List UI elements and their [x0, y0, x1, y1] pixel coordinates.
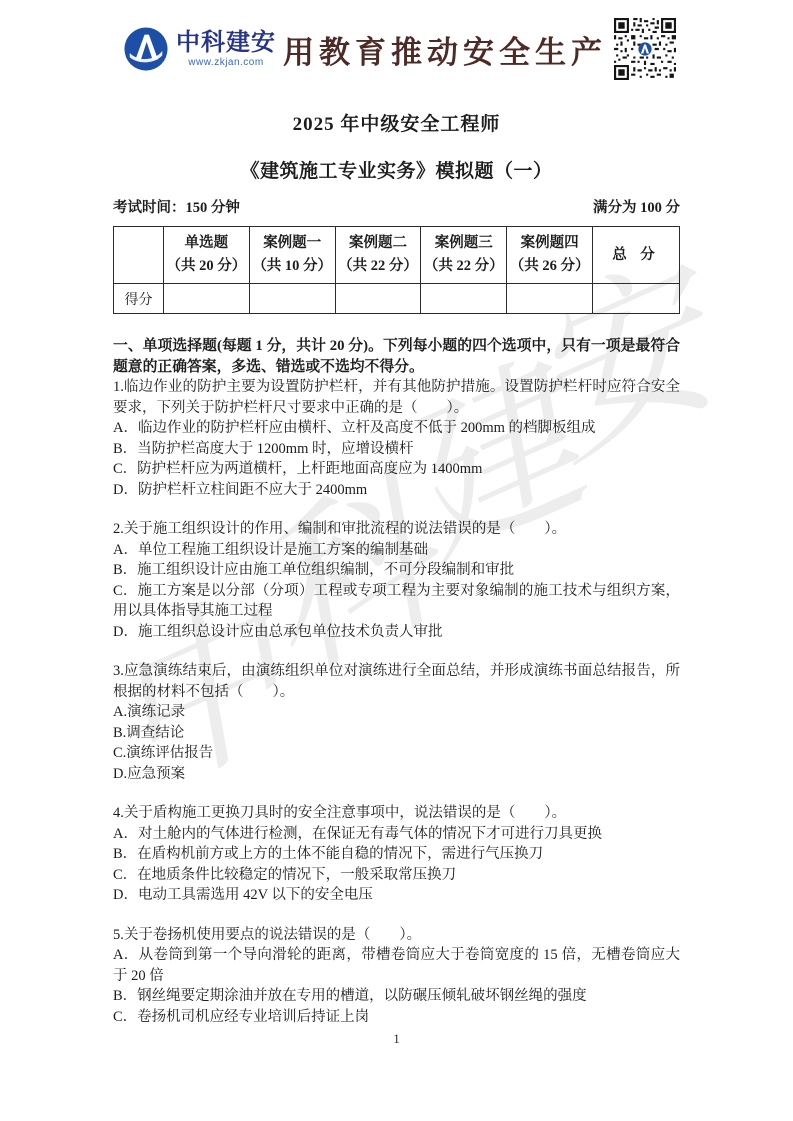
- col-title: 案例题一: [250, 232, 335, 255]
- col-title: 单选题: [164, 232, 249, 255]
- col-score: （共 20 分）: [164, 255, 249, 278]
- score-table-col-anliti-1: 案例题一 （共 10 分）: [249, 227, 335, 284]
- question-4-option-c: C．在地质条件比较稳定的情况下，一般采取常压换刀: [113, 865, 680, 886]
- question-5-option-a: A．从卷筒到第一个导向滑轮的距离，带槽卷筒应大于卷筒宽度的 15 倍，无槽卷筒应…: [113, 945, 680, 986]
- page-number: 1: [0, 1031, 793, 1047]
- col-score: （共 22 分）: [421, 255, 506, 278]
- question-1-option-d: D．防护栏杆立柱间距不应大于 2400mm: [113, 480, 680, 501]
- col-title: 案例题三: [421, 232, 506, 255]
- logo: 中科建安 www.zkjan.com: [123, 26, 276, 72]
- score-cell: [249, 284, 335, 314]
- question-3-option-d: D.应急预案: [113, 764, 680, 785]
- score-table-col-anliti-2: 案例题二 （共 22 分）: [335, 227, 421, 284]
- col-score: （共 10 分）: [250, 255, 335, 278]
- section-heading: 一、单项选择题(每题 1 分，共计 20 分)。下列每小题的四个选项中，只有一项…: [113, 336, 680, 377]
- question-5-option-b: B．钢丝绳要定期涂油并放在专用的槽道，以防碾压倾轧破坏钢丝绳的强度: [113, 986, 680, 1007]
- score-table-corner-cell: [114, 227, 164, 284]
- header-slogan: 用教育推动安全生产: [283, 27, 607, 72]
- exam-info-row: 考试时间：150 分钟 满分为 100 分: [113, 196, 680, 217]
- question-3-option-a: A.演练记录: [113, 702, 680, 723]
- header: 中科建安 www.zkjan.com 用教育推动安全生产: [113, 16, 680, 82]
- question-1-option-b: B．当防护栏高度大于 1200mm 时，应增设横杆: [113, 439, 680, 460]
- question-3: 3.应急演练结束后，由演练组织单位对演练进行全面总结，并形成演练书面总结报告，所…: [113, 661, 680, 784]
- question-5-stem: 5.关于卷扬机使用要点的说法错误的是（ ）。: [113, 925, 680, 946]
- score-table-total-cell: 总 分: [593, 227, 680, 284]
- question-1-option-a: A．临边作业的防护栏杆应由横杆、立杆及高度不低于 200mm 的档脚板组成: [113, 418, 680, 439]
- col-score: （共 26 分）: [507, 255, 592, 278]
- score-table-col-anliti-3: 案例题三 （共 22 分）: [421, 227, 507, 284]
- question-1: 1.临边作业的防护主要为设置防护栏杆，并有其他防护措施。设置防护栏杆时应符合安全…: [113, 377, 680, 500]
- exam-page: 中 科 建 安 中科建安 www.zkjan.com 用教育推动安全生产: [0, 0, 793, 1121]
- score-cell: [593, 284, 680, 314]
- question-4: 4.关于盾构施工更换刀具时的安全注意事项中，说法错误的是（ ）。 A．对土舱内的…: [113, 803, 680, 906]
- company-logo-icon: [123, 26, 169, 72]
- question-3-option-b: B.调查结论: [113, 723, 680, 744]
- col-title: 案例题四: [507, 232, 592, 255]
- score-cell: [507, 284, 593, 314]
- exam-title: 2025 年中级安全工程师: [113, 109, 680, 136]
- qr-code-icon: [614, 18, 676, 80]
- question-5-option-c: C．卷扬机司机应经专业培训后持证上岗: [113, 1007, 680, 1028]
- score-table-col-anliti-4: 案例题四 （共 26 分）: [507, 227, 593, 284]
- logo-text: 中科建安 www.zkjan.com: [176, 30, 276, 68]
- exam-duration: 考试时间：150 分钟: [113, 196, 240, 217]
- score-cell: [421, 284, 507, 314]
- score-table-col-danxuanti: 单选题 （共 20 分）: [164, 227, 250, 284]
- score-cell: [164, 284, 250, 314]
- col-score: （共 22 分）: [336, 255, 421, 278]
- question-1-stem: 1.临边作业的防护主要为设置防护栏杆，并有其他防护措施。设置防护栏杆时应符合安全…: [113, 377, 680, 418]
- col-title: 案例题二: [336, 232, 421, 255]
- question-3-stem: 3.应急演练结束后，由演练组织单位对演练进行全面总结，并形成演练书面总结报告，所…: [113, 661, 680, 702]
- score-table-header-row: 单选题 （共 20 分） 案例题一 （共 10 分） 案例题二 （共 22 分）…: [114, 227, 680, 284]
- question-2: 2.关于施工组织设计的作用、编制和审批流程的说法错误的是（ ）。 A．单位工程施…: [113, 519, 680, 642]
- score-row: 得分: [114, 284, 680, 314]
- logo-name: 中科建安: [176, 30, 276, 55]
- question-4-option-a: A．对土舱内的气体进行检测，在保证无有毒气体的情况下才可进行刀具更换: [113, 824, 680, 845]
- exam-full-score: 满分为 100 分: [593, 196, 680, 217]
- logo-url: www.zkjan.com: [188, 57, 263, 68]
- question-3-option-c: C.演练评估报告: [113, 743, 680, 764]
- score-row-label: 得分: [114, 284, 164, 314]
- question-4-option-d: D．电动工具需选用 42V 以下的安全电压: [113, 885, 680, 906]
- exam-subtitle: 《建筑施工专业实务》模拟题（一）: [113, 156, 680, 183]
- question-1-option-c: C．防护栏杆应为两道横杆，上杆距地面高度应为 1400mm: [113, 459, 680, 480]
- question-5: 5.关于卷扬机使用要点的说法错误的是（ ）。 A．从卷筒到第一个导向滑轮的距离，…: [113, 925, 680, 1028]
- question-2-option-a: A．单位工程施工组织设计是施工方案的编制基础: [113, 540, 680, 561]
- question-4-stem: 4.关于盾构施工更换刀具时的安全注意事项中，说法错误的是（ ）。: [113, 803, 680, 824]
- question-4-option-b: B．在盾构机前方或上方的土体不能自稳的情况下，需进行气压换刀: [113, 844, 680, 865]
- score-cell: [335, 284, 421, 314]
- question-2-option-c: C．施工方案是以分部（分项）工程或专项工程为主要对象编制的施工技术与组织方案，用…: [113, 581, 680, 622]
- score-table: 单选题 （共 20 分） 案例题一 （共 10 分） 案例题二 （共 22 分）…: [113, 226, 680, 314]
- question-2-option-b: B．施工组织设计应由施工单位组织编制，不可分段编制和审批: [113, 560, 680, 581]
- question-2-stem: 2.关于施工组织设计的作用、编制和审批流程的说法错误的是（ ）。: [113, 519, 680, 540]
- question-2-option-d: D．施工组织总设计应由总承包单位技术负责人审批: [113, 622, 680, 643]
